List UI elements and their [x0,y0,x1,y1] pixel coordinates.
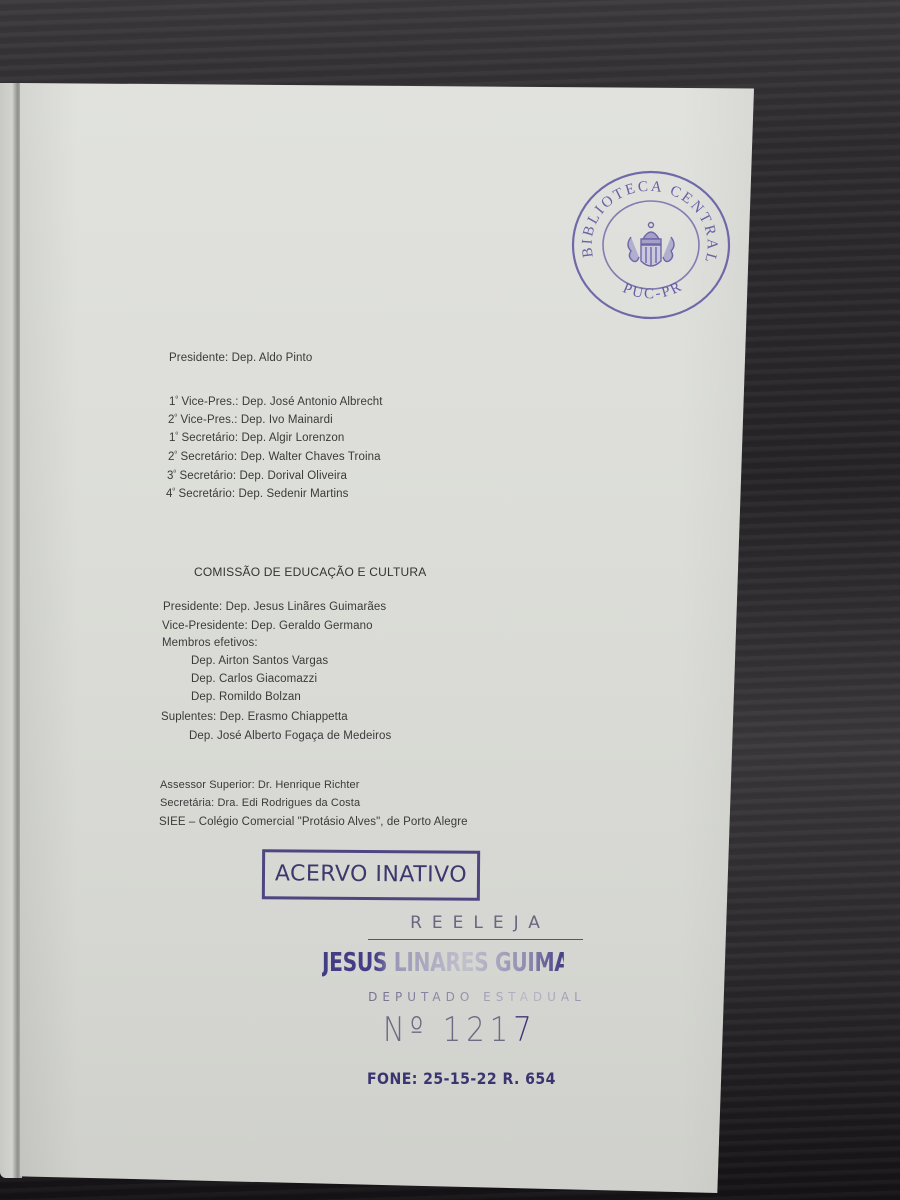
previous-page-edge [0,83,22,1178]
member-line: Dep. Romildo Bolzan [191,691,301,703]
campaign-phone: FONE: 25-15-22 R. 654 [367,1069,569,1088]
campaign-number: Nº 1217 [383,1010,553,1050]
svg-text:PUC-PR: PUC-PR [620,278,685,302]
secretary-line: Secretária: Dra. Edi Rodrigues da Costa [160,797,360,809]
inactive-collection-stamp: ACERVO INATIVO [262,849,480,901]
library-stamp: BIBLIOTECA CENTRAL PUC-PR [565,165,735,325]
board-member-line: 2º Secretário: Dep. Walter Chaves Troina [168,451,381,463]
board-member-line: 4º Secretário: Dep. Sedenir Martins [166,488,349,500]
campaign-reeleja: REELEJA [375,913,585,933]
papal-coat-of-arms-icon [628,223,674,267]
campaign-rule [368,939,583,940]
commission-title: COMISSÃO DE EDUCAÇÃO E CULTURA [194,565,426,579]
board-member-line: 1º Secretário: Dep. Algir Lorenzon [169,432,344,444]
number-value: 1217 [443,1010,537,1050]
substitutes-line: Suplentes: Dep. Erasmo Chiappetta [161,711,348,723]
board-member-line: 1º Vice-Pres.: Dep. José Antonio Albrech… [169,396,383,408]
member-line: Dep. Airton Santos Vargas [191,655,328,667]
members-label: Membros efetivos: [162,637,258,649]
campaign-candidate-name: JESUS LINARES GUIMARÃES [322,948,564,978]
library-stamp-graphic: BIBLIOTECA CENTRAL PUC-PR [565,165,735,325]
number-label: Nº [383,1010,428,1050]
commission-president: Presidente: Dep. Jesus Linãres Guimarães [163,601,386,613]
board-member-line: 3º Secretário: Dep. Dorival Oliveira [167,470,347,482]
siee-line: SIEE – Colégio Comercial "Protásio Alves… [159,816,468,828]
stamp-bottom-text: PUC-PR [620,278,685,302]
commission-vice-president: Vice-Presidente: Dep. Geraldo Germano [162,620,373,632]
substitute-line: Dep. José Alberto Fogaça de Medeiros [189,730,391,742]
campaign-title: DEPUTADO ESTADUAL [352,990,602,1004]
board-member-line: 2º Vice-Pres.: Dep. Ivo Mainardi [168,414,333,426]
member-line: Dep. Carlos Giacomazzi [191,673,317,685]
president-line: Presidente: Dep. Aldo Pinto [169,352,312,364]
advisor-line: Assessor Superior: Dr. Henrique Richter [160,779,360,791]
